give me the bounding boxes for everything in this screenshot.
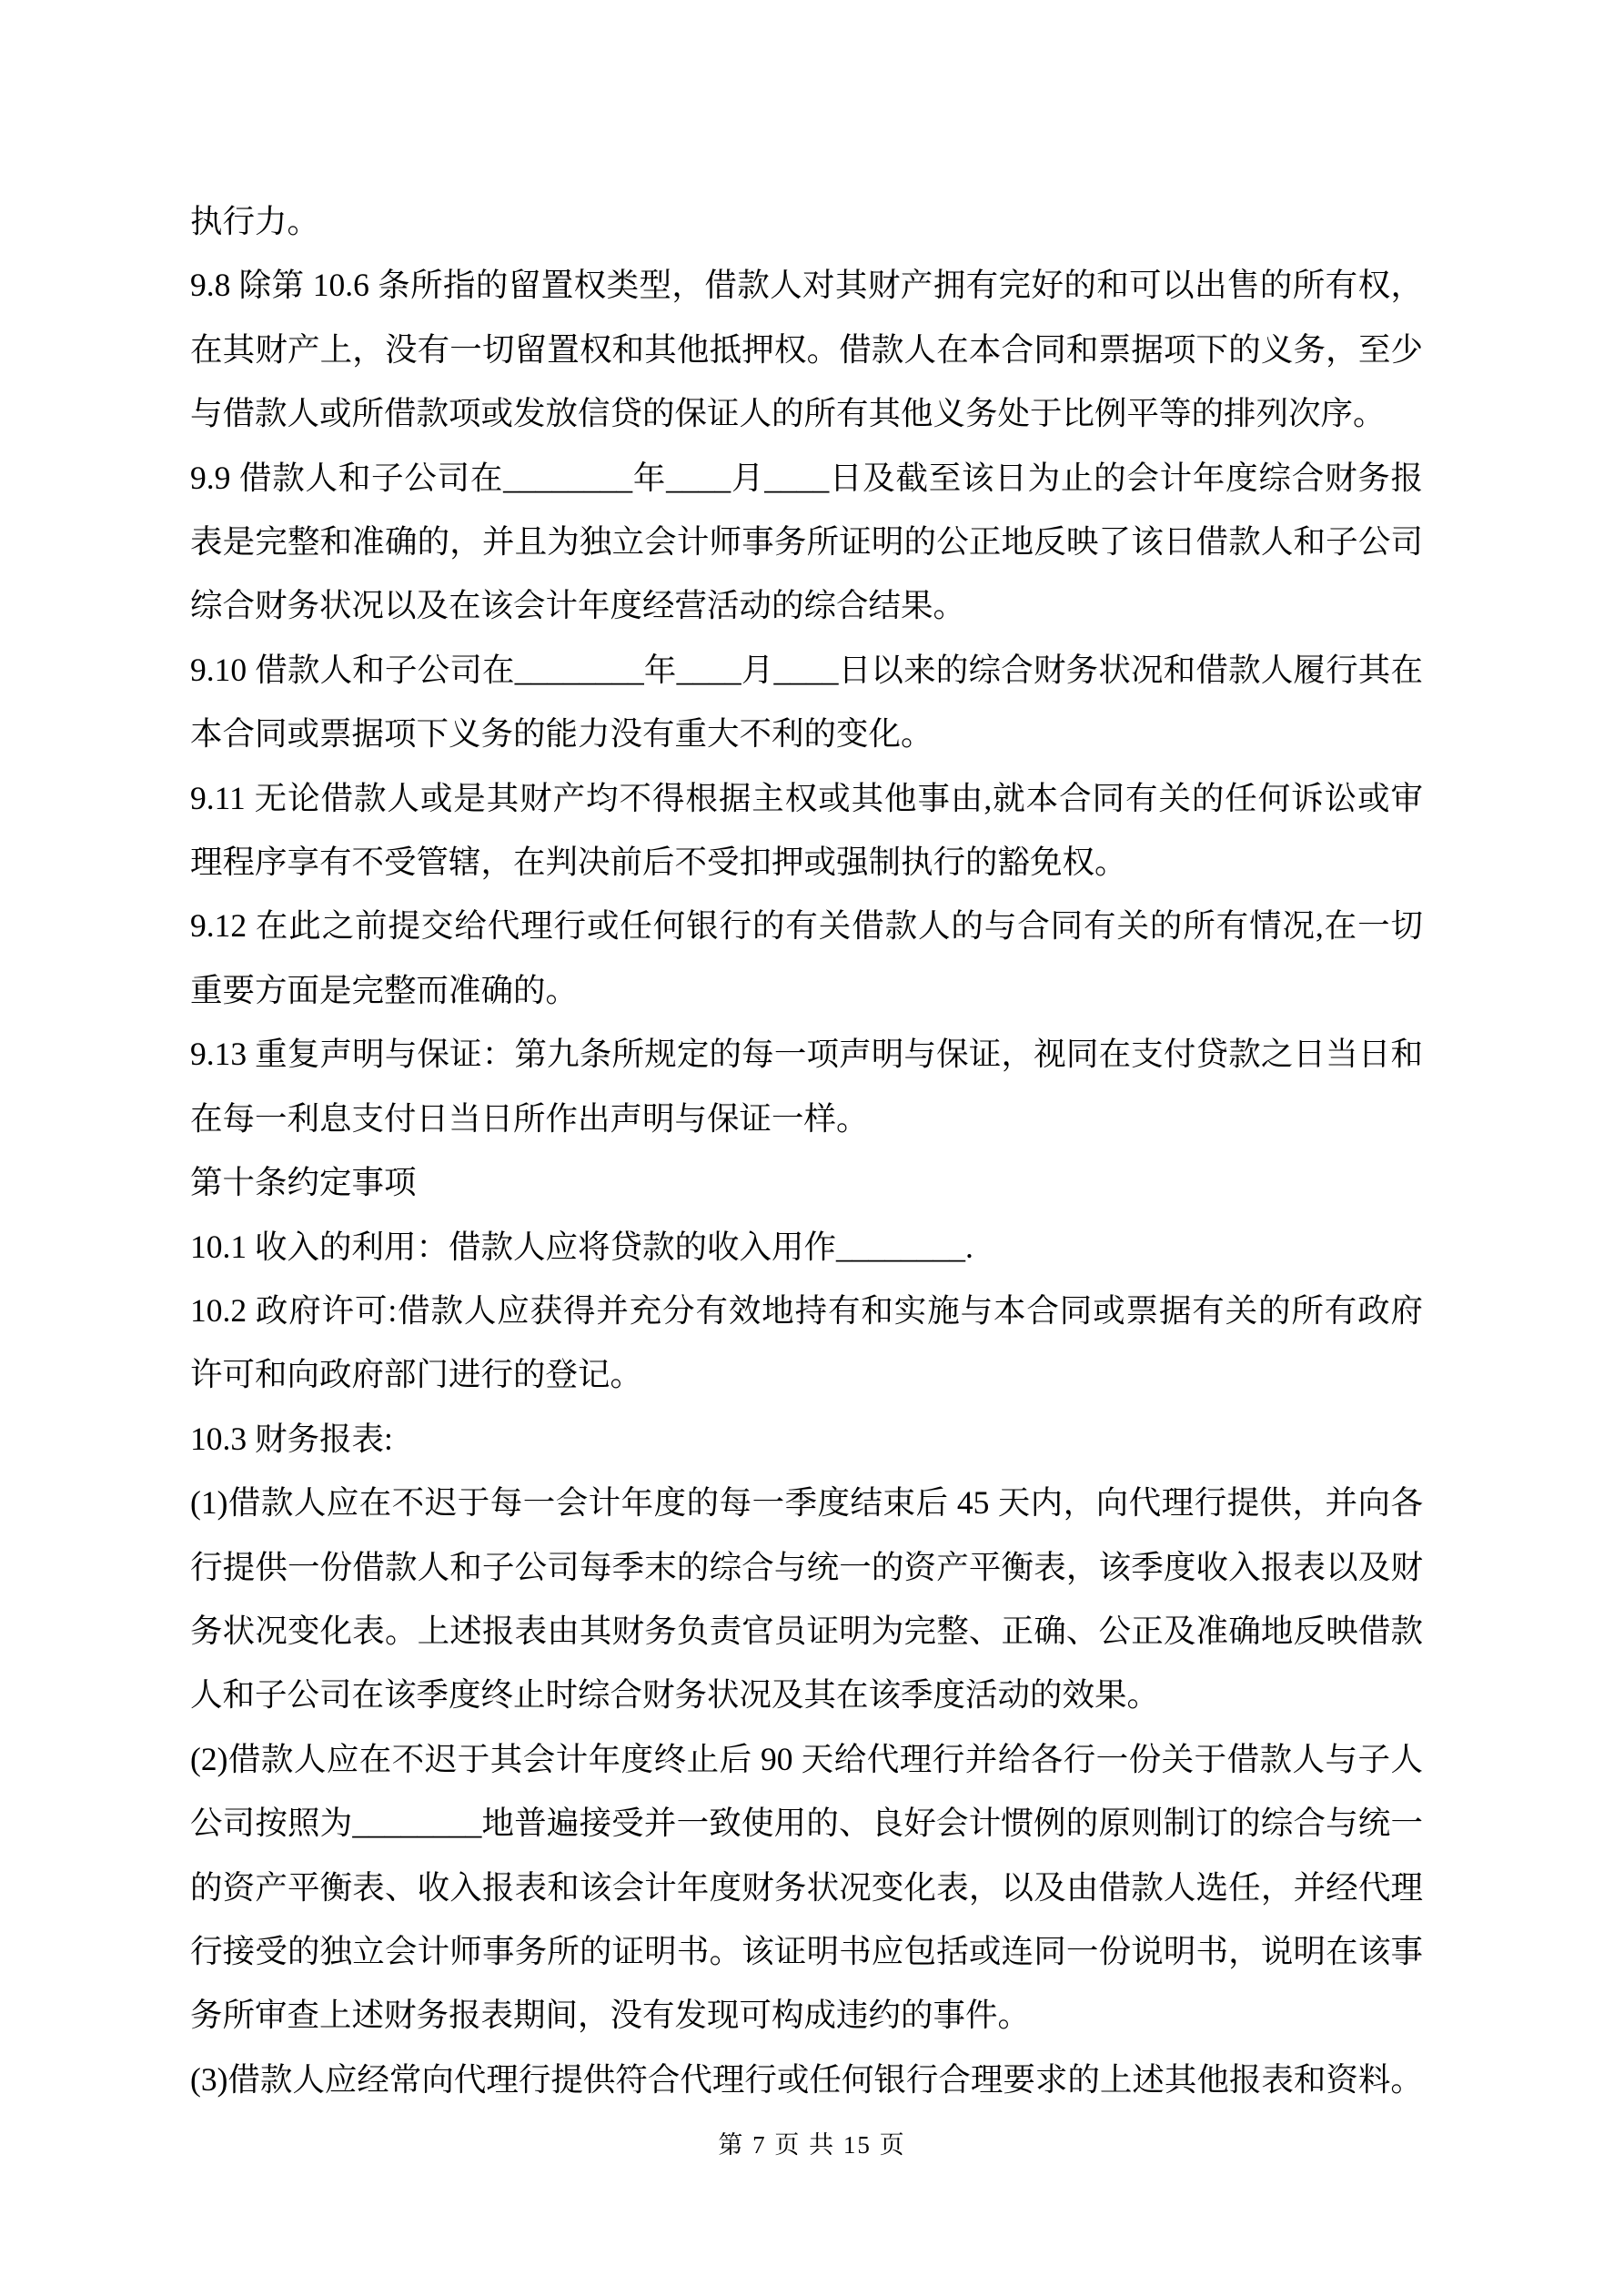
clause-9-11: 9.11 无论借款人或是其财产均不得根据主权或其他事由,就本合同有关的任何诉讼或… [190, 766, 1423, 895]
clause-9-13: 9.13 重复声明与保证：第九条所规定的每一项声明与保证，视同在支付贷款之日当日… [190, 1022, 1423, 1150]
document-body: 执行力。 9.8 除第 10.6 条所指的留置权类型，借款人对其财产拥有完好的和… [190, 189, 1423, 2111]
clause-10-3-item-1: (1)借款人应在不迟于每一会计年度的每一季度结束后 45 天内，向代理行提供，并… [190, 1471, 1423, 1727]
clause-9-10: 9.10 借款人和子公司在________年____月____日以来的综合财务状… [190, 638, 1423, 766]
clause-10-2: 10.2 政府许可:借款人应获得并充分有效地持有和实施与本合同或票据有关的所有政… [190, 1279, 1423, 1407]
clause-9-9: 9.9 借款人和子公司在________年____月____日及截至该日为止的会… [190, 446, 1423, 638]
clause-continuation: 执行力。 [190, 189, 1423, 253]
page-footer: 第 7 页 共 15 页 [0, 2127, 1624, 2163]
clause-10-1: 10.1 收入的利用：借款人应将贷款的收入用作________. [190, 1215, 1423, 1279]
clause-10-3-item-2: (2)借款人应在不迟于其会计年度终止后 90 天给代理行并给各行一份关于借款人与… [190, 1727, 1423, 2048]
document-page: 执行力。 9.8 除第 10.6 条所指的留置权类型，借款人对其财产拥有完好的和… [0, 0, 1624, 2296]
clause-9-12: 9.12 在此之前提交给代理行或任何银行的有关借款人的与合同有关的所有情况,在一… [190, 894, 1423, 1022]
clause-10-3: 10.3 财务报表: [190, 1407, 1423, 1471]
clause-9-8: 9.8 除第 10.6 条所指的留置权类型，借款人对其财产拥有完好的和可以出售的… [190, 253, 1423, 445]
clause-10-3-item-3: (3)借款人应经常向代理行提供符合代理行或任何银行合理要求的上述其他报表和资料。 [190, 2048, 1423, 2111]
article-10-heading: 第十条约定事项 [190, 1150, 1423, 1214]
